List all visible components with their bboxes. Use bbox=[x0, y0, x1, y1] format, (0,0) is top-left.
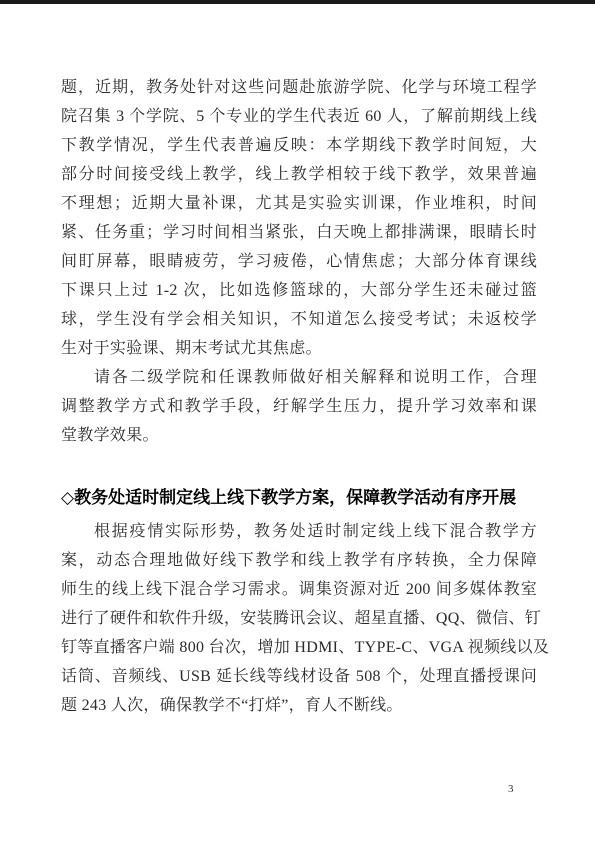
text-line: 间盯屏幕，眼睛疲劳，学习疲倦，心情焦虑；大部分体育课线 bbox=[61, 247, 537, 276]
text-line: 院召集 3 个学院、5 个专业的学生代表近 60 人，了解前期线上线 bbox=[61, 102, 537, 131]
page-number: 3 bbox=[508, 783, 514, 795]
text-line: 不理想；近期大量补课，尤其是实验实训课，作业堆积，时间 bbox=[61, 189, 537, 218]
text-line: 话筒、音频线、USB 延长线等线材设备 508 个，处理直播授课问 bbox=[61, 662, 537, 691]
text-line: 生对于实验课、期末考试尤其焦虑。 bbox=[61, 334, 537, 363]
text-line: 进行了硬件和软件升级，安装腾讯会议、超星直播、QQ、微信、钉 bbox=[61, 604, 537, 633]
text-line: 下教学情况，学生代表普遍反映：本学期线下教学时间短，大 bbox=[61, 131, 537, 160]
text-line: 部分时间接受线上教学，线上教学相较于线下教学，效果普遍 bbox=[61, 160, 537, 189]
document-page: 题，近期，教务处针对这些问题赴旅游学院、化学与环境工程学 院召集 3 个学院、5… bbox=[0, 0, 595, 841]
text-line: 题，近期，教务处针对这些问题赴旅游学院、化学与环境工程学 bbox=[61, 73, 537, 102]
text-line: 根据疫情实际形势，教务处适时制定线上线下混合教学方 bbox=[61, 517, 537, 546]
text-line: 调整教学方式和教学手段，纡解学生压力，提升学习效率和课 bbox=[61, 392, 537, 421]
text-line: 题 243 人次，确保教学不“打烊”，育人不断线。 bbox=[61, 691, 537, 720]
text-line: 下课只上过 1-2 次，比如选修篮球的，大部分学生还未碰过篮 bbox=[61, 276, 537, 305]
text-line: 请各二级学院和任课教师做好相关解释和说明工作，合理 bbox=[61, 363, 537, 392]
page-body: 题，近期，教务处针对这些问题赴旅游学院、化学与环境工程学 院召集 3 个学院、5… bbox=[0, 0, 595, 720]
section-heading: ◇教务处适时制定线上线下教学方案，保障教学活动有序开展 bbox=[61, 484, 537, 513]
text-line: 球，学生没有学会相关知识，不知道怎么接受考试；未返校学 bbox=[61, 305, 537, 334]
text-line: 案，动态合理地做好线下教学和线上教学有序转换，全力保障 bbox=[61, 546, 537, 575]
text-line: 堂教学效果。 bbox=[61, 421, 537, 450]
text-line: 钉等直播客户端 800 台次，增加 HDMI、TYPE-C、VGA 视频线以及 bbox=[61, 633, 537, 662]
text-line: 紧、任务重；学习时间相当紧张，白天晚上都排满课，眼睛长时 bbox=[61, 218, 537, 247]
text-line: 师生的线上线下混合学习需求。调集资源对近 200 间多媒体教室 bbox=[61, 575, 537, 604]
